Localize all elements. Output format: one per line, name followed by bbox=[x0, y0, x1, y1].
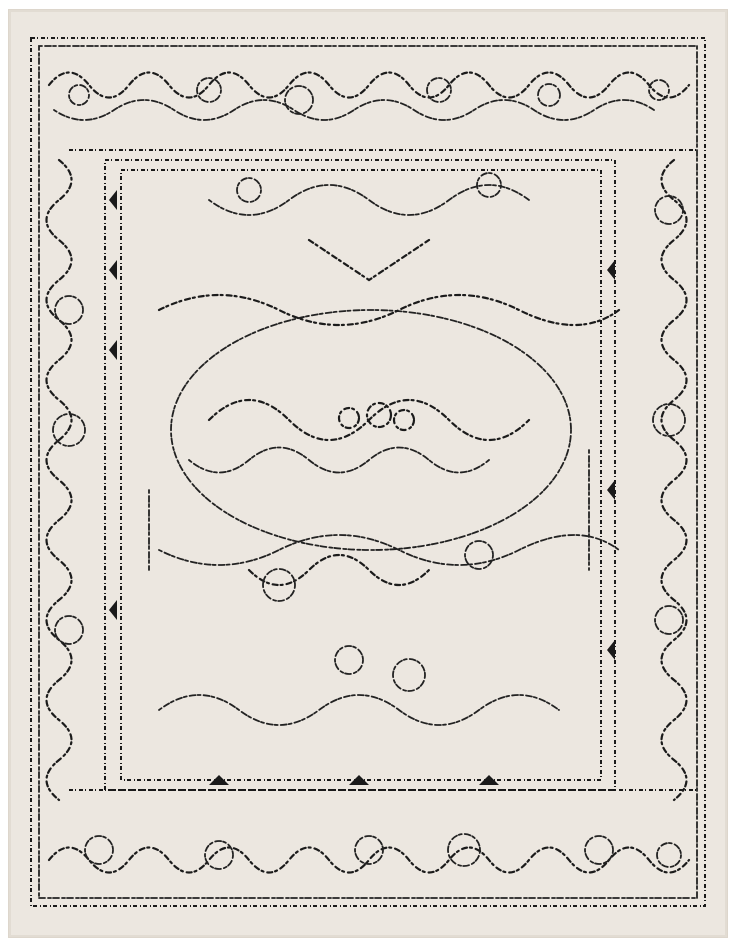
rug-pattern bbox=[9, 10, 727, 937]
side-border-motifs bbox=[47, 160, 687, 800]
outer-border bbox=[31, 38, 705, 906]
central-medallion bbox=[149, 173, 619, 725]
rug bbox=[9, 10, 727, 937]
bottom-border-motifs bbox=[49, 834, 689, 873]
top-border-motifs bbox=[49, 73, 689, 121]
